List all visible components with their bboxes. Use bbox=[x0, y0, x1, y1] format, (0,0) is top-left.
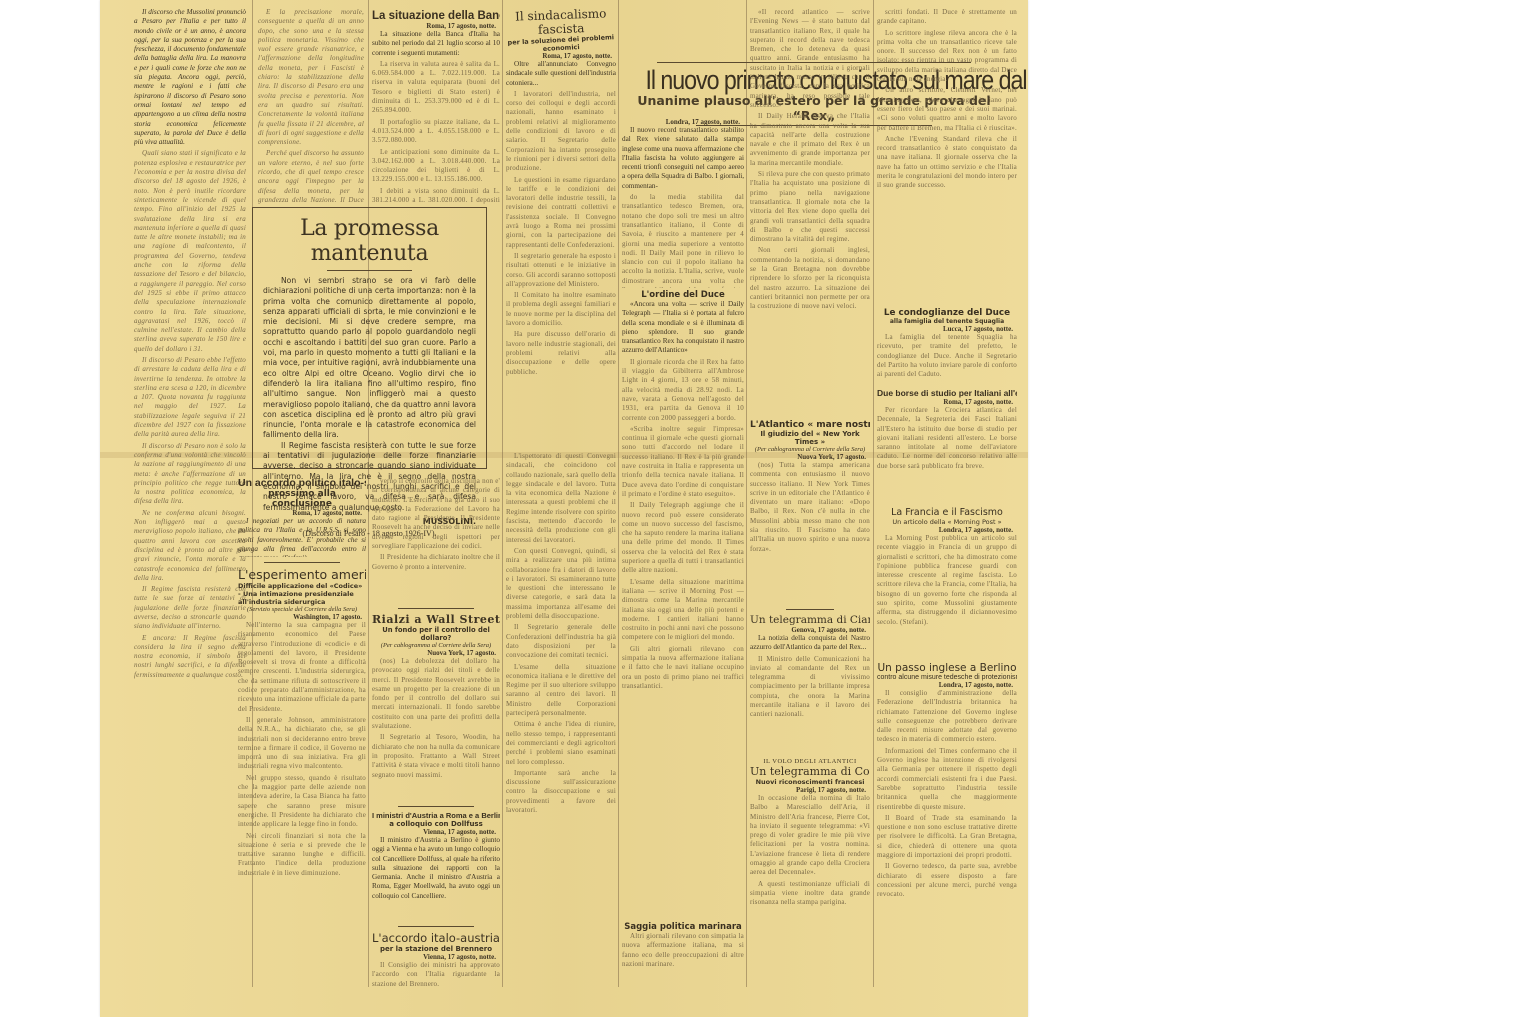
article-francia-fascismo: La Francia e il Fascismo Un articolo del… bbox=[877, 507, 1017, 637]
article-rex-column-right: scritti fondati. Il Duce è strettamente … bbox=[877, 8, 1017, 308]
box-paragraph: Non vi sembri strano se ora vi farò dell… bbox=[263, 276, 476, 441]
article-esperimento-americano: L'esperimento americano Difficile applic… bbox=[238, 558, 366, 998]
article-accordo-sovietico: Un accordo politico italo-sovietico pros… bbox=[238, 477, 366, 557]
article-telegramma-ciano: Un telegramma di Ciano Genova, 17 agosto… bbox=[750, 605, 870, 755]
article-passo-inglese: Un passo inglese a Berlino contro alcune… bbox=[877, 662, 1017, 962]
article-continuation: verno il controllo della disciplina non … bbox=[372, 477, 500, 597]
article-sindacalismo: Il sindacalismo fascista per la soluzion… bbox=[506, 8, 616, 448]
article-atlantico-mare-nostrum: L'Atlantico « mare nostrum » Il giudizio… bbox=[750, 420, 870, 600]
article-saggia-politica: Saggia politica marinara Altri giornali … bbox=[622, 922, 744, 1002]
column-rule bbox=[746, 0, 747, 987]
quote-box-promessa: La promessa mantenuta Non vi sembri stra… bbox=[252, 207, 487, 469]
article-ministri-austria: I ministri d'Austria a Roma e a Berlino … bbox=[372, 802, 500, 920]
article-accordo-italo-austriaco: L'accordo italo-austriaco per la stazion… bbox=[372, 922, 500, 1004]
newspaper-page: Il discorso che Mussolini pronunciò a Pe… bbox=[100, 0, 1028, 1017]
article-volo-atlantici: IL VOLO DEGLI ATLANTICI Un telegramma di… bbox=[750, 758, 870, 1003]
article-condoglianze-duce: Le condoglianze del Duce alla famiglia d… bbox=[877, 308, 1017, 388]
article-rex-londra: Londra, 17 agosto, notte. Il nuovo recor… bbox=[622, 118, 744, 288]
box-title: La promessa mantenuta bbox=[263, 216, 476, 266]
article-banca-italia: La situazione della Banca d'Italia Roma,… bbox=[372, 10, 500, 205]
article-ordine-duce: L'ordine del Duce «Ancora una volta — sc… bbox=[622, 290, 744, 950]
article-wall-street: Rialzi a Wall Street Un fondo per il con… bbox=[372, 604, 500, 804]
column-rule bbox=[873, 0, 874, 987]
editorial-column-continued: E la precisazione morale, conseguente a … bbox=[258, 8, 364, 204]
column-rule bbox=[618, 0, 619, 987]
article-rex-continued: «Il record atlantico — scrive l'Evening … bbox=[750, 8, 870, 408]
article-borse-studio: Due borse di studio per Italiani all'est… bbox=[877, 388, 1017, 503]
column-rule bbox=[502, 0, 503, 987]
article-convegno-continued: L'ispettorato di questi Convegni sindaca… bbox=[506, 452, 616, 1002]
editorial-column: Il discorso che Mussolini pronunciò a Pe… bbox=[134, 8, 246, 977]
